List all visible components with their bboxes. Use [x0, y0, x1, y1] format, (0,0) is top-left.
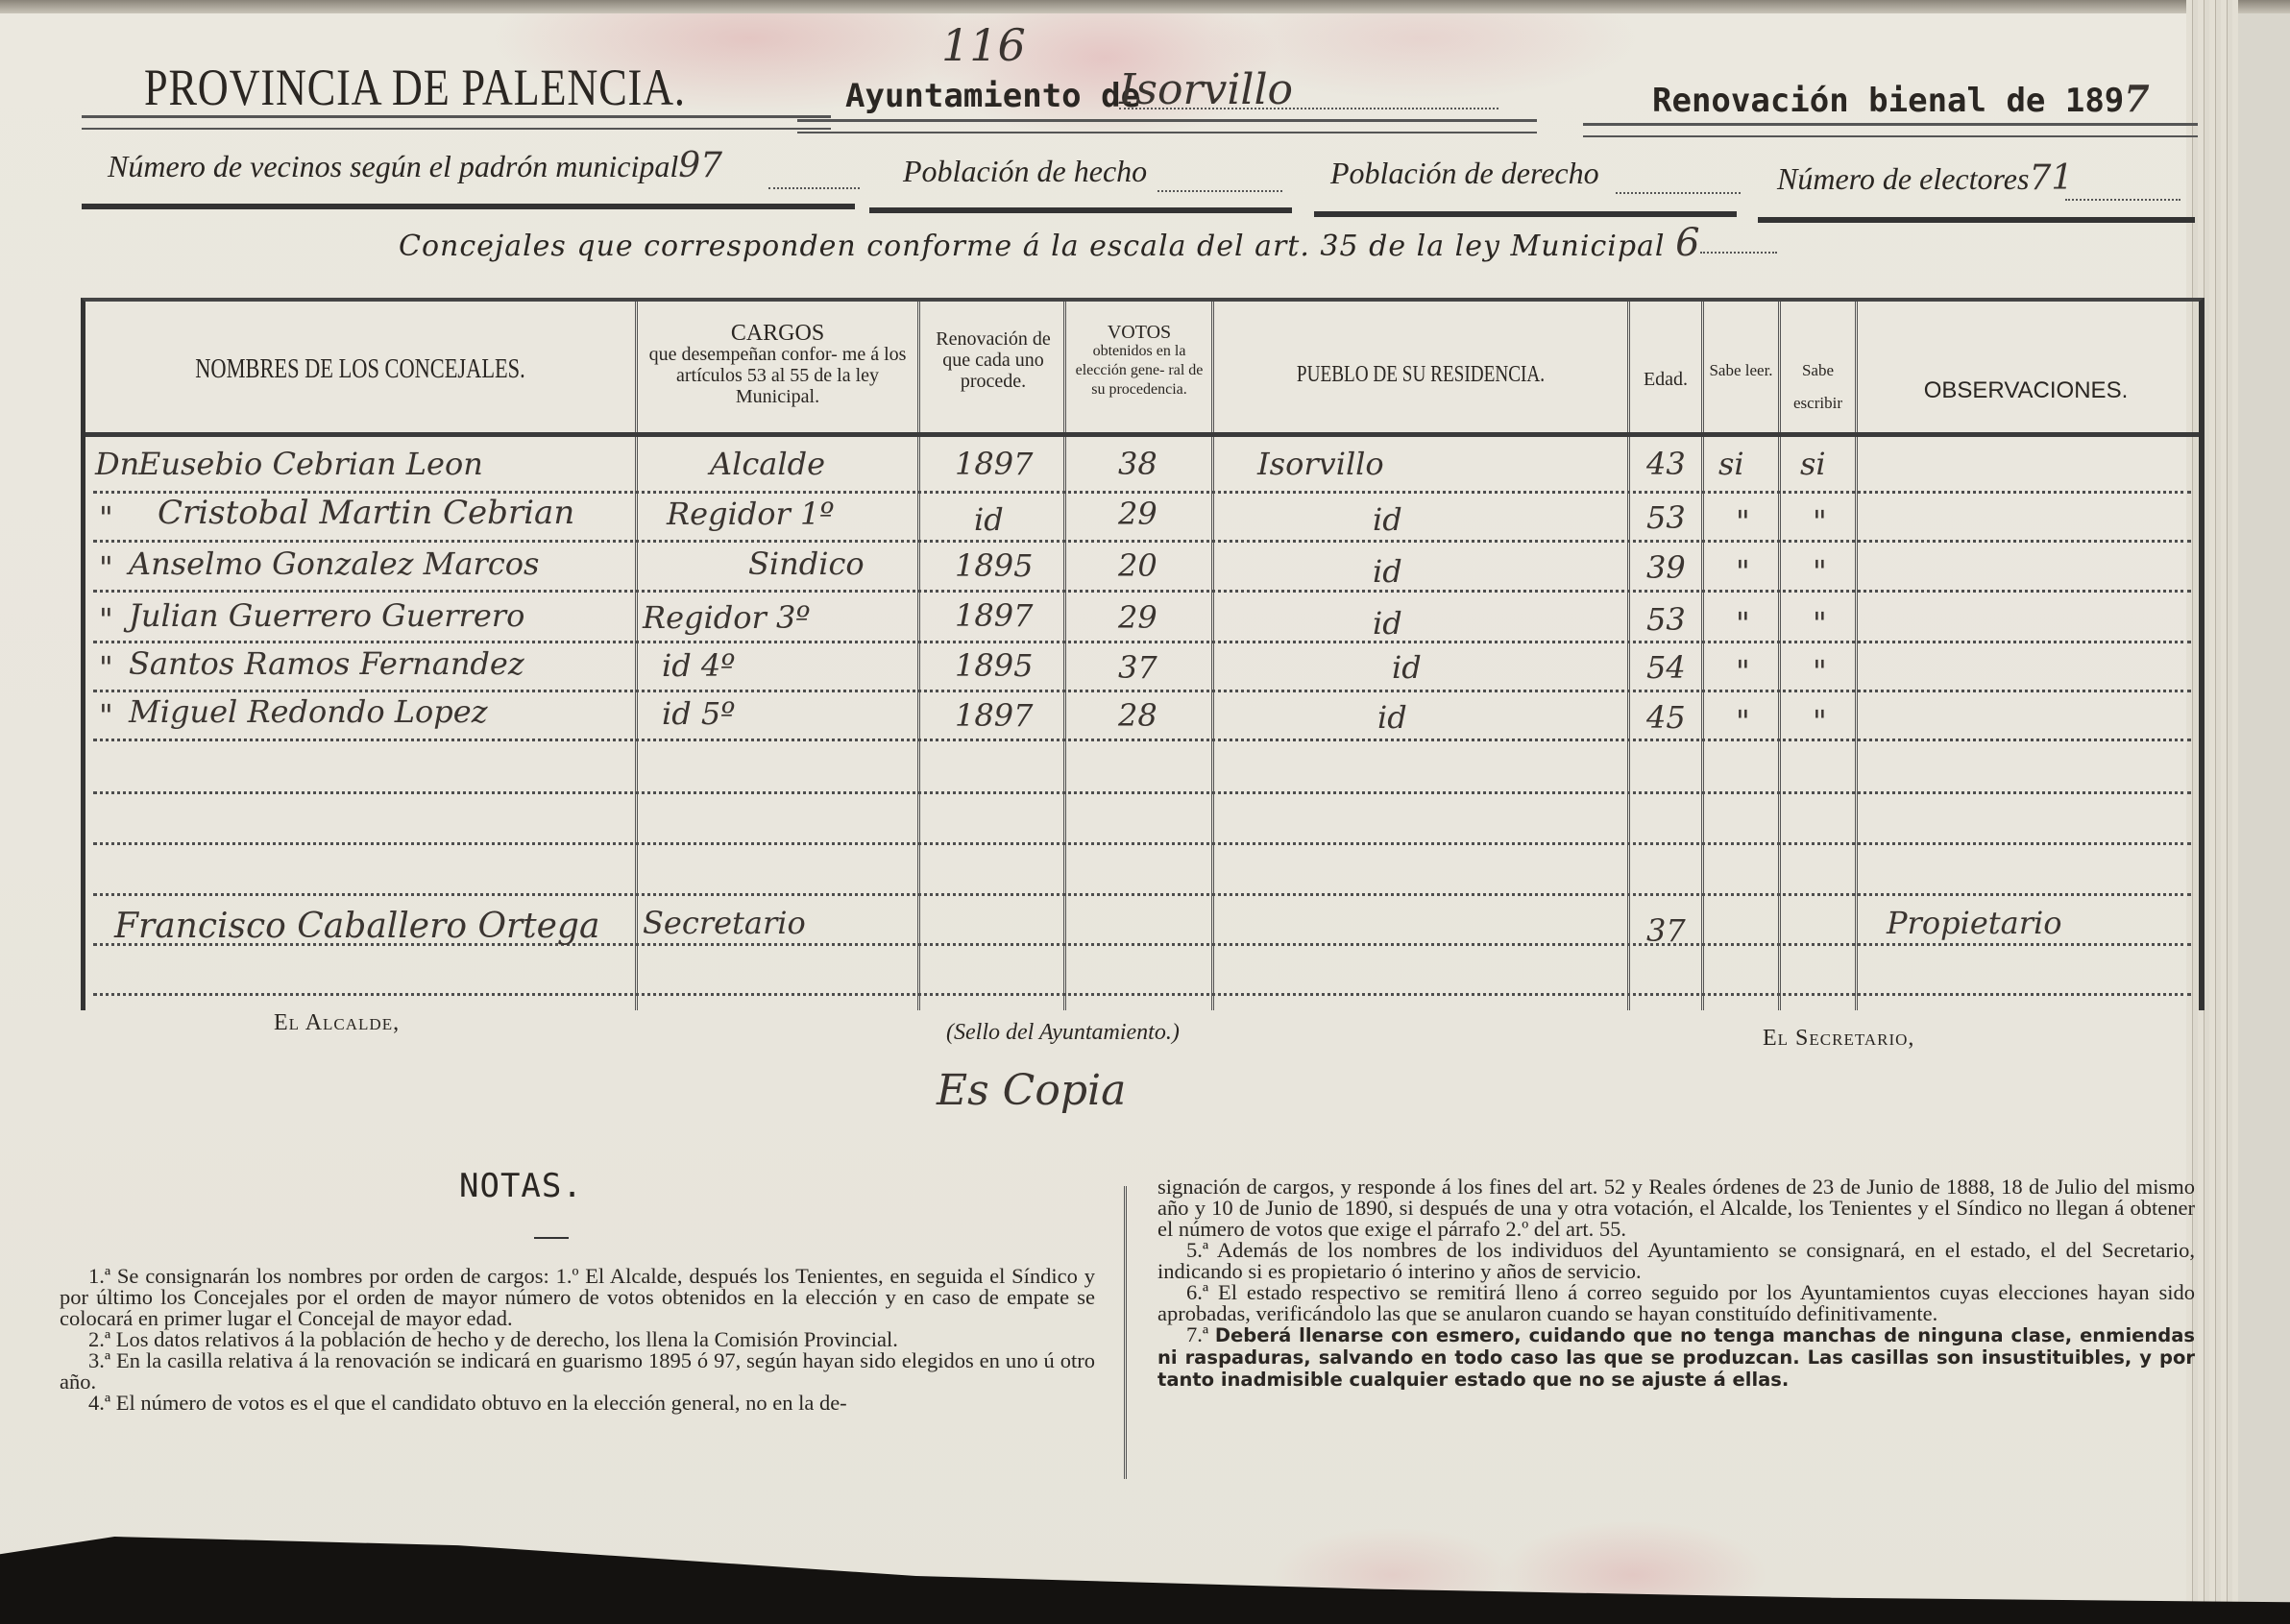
cell-nombre: Anselmo Gonzalez Marcos — [129, 545, 539, 582]
col-divider-cargos — [635, 302, 638, 1010]
poblacion-hecho-label: Población de hecho — [903, 154, 1147, 188]
header-votos: VOTOS obtenidos en la elección gene- ral… — [1067, 323, 1211, 400]
vecinos-dots — [768, 187, 860, 189]
nota-5: 5.ª Además de los nombres de los individ… — [1157, 1240, 2195, 1282]
header-cargos-label: que desempeñan confor- me á los artículo… — [638, 344, 917, 407]
nota-3: 3.ª En la casilla relativa á la renovaci… — [60, 1350, 1095, 1393]
electores-field: Número de electores71 — [1777, 158, 2073, 198]
row-line — [93, 590, 2191, 593]
nota-7-number: 7.ª — [1186, 1322, 1208, 1346]
poblacion-hecho-dots — [1157, 190, 1282, 192]
header-rule-1 — [82, 115, 831, 130]
cell-votos: 20 — [1118, 547, 1157, 584]
cell-renovacion: 1895 — [955, 547, 1033, 584]
cell-escribir: " — [1813, 503, 1827, 540]
cell-observaciones: Propietario — [1887, 905, 2061, 941]
document-page: 116 PROVINCIA DE PALENCIA. Ayuntamiento … — [0, 0, 2238, 1624]
cell-pueblo: Isorvillo — [1257, 446, 1384, 482]
stats-rule-1 — [82, 204, 855, 209]
alcalde-signature-label: El Alcalde, — [274, 1010, 400, 1036]
cell-pueblo: id — [1373, 553, 1402, 590]
header-rule-2 — [797, 119, 1537, 133]
cell-escribir: " — [1813, 703, 1827, 739]
cell-leer: " — [1736, 653, 1750, 690]
col-divider-votos — [1063, 302, 1066, 1010]
cell-edad: 53 — [1646, 499, 1686, 536]
header-cargos: CARGOS que desempeñan confor- me á los a… — [638, 323, 917, 407]
col-divider-pueblo — [1211, 302, 1214, 1010]
nota-4-continued: signación de cargos, y responde á los fi… — [1157, 1176, 2195, 1240]
cell-renovacion: id — [974, 501, 1004, 538]
header-edad-label: Edad. — [1630, 369, 1701, 390]
cell-edad: 37 — [1646, 912, 1686, 949]
cell-cargo: Sindico — [748, 545, 865, 582]
cell-edad: 54 — [1646, 649, 1686, 686]
vecinos-field: Número de vecinos según el padrón munici… — [108, 146, 722, 185]
nota-2: 2.ª Los datos relativos á la población d… — [60, 1329, 1095, 1350]
stats-rule-3 — [1314, 211, 1737, 217]
cell-nombre: Miguel Redondo Lopez — [129, 693, 488, 730]
concejales-table: NOMBRES DE LOS CONCEJALES. CARGOS que de… — [81, 298, 2205, 1010]
notas-right-column: signación de cargos, y responde á los fi… — [1157, 1176, 2195, 1391]
header-pueblo-label: PUEBLO DE SU RESIDENCIA. — [1255, 364, 1586, 385]
row-prefix: " — [99, 549, 113, 586]
header-votos-title: VOTOS — [1067, 323, 1211, 342]
cell-leer: " — [1736, 703, 1750, 739]
row-prefix: " — [99, 601, 113, 638]
renovacion-text: Renovación bienal de 189 — [1652, 82, 2124, 120]
folio-number: 116 — [941, 19, 1026, 71]
row-line — [93, 791, 2191, 794]
header-renovacion: Renovación de que cada uno procede. — [923, 328, 1063, 392]
cell-nombre: Santos Ramos Fernandez — [129, 645, 524, 682]
page-top-edge — [0, 0, 2290, 13]
cell-cargo: Alcalde — [710, 446, 825, 482]
cell-edad: 43 — [1646, 446, 1686, 482]
header-pueblo: PUEBLO DE SU RESIDENCIA. — [1214, 364, 1627, 385]
header-nombres-label: NOMBRES DE LOS CONCEJALES. — [140, 359, 580, 380]
cell-escribir: si — [1800, 446, 1826, 482]
electores-value: 71 — [2029, 158, 2073, 198]
cell-edad: 53 — [1646, 601, 1686, 638]
cell-edad: 39 — [1646, 549, 1686, 586]
cell-leer: " — [1736, 605, 1750, 642]
cell-nombre: Eusebio Cebrian Leon — [138, 446, 483, 482]
col-divider-renovacion — [917, 302, 920, 1010]
row-line — [93, 690, 2191, 692]
vecinos-value: 97 — [678, 146, 722, 185]
ayuntamiento-dots — [1119, 108, 1498, 109]
header-observaciones: OBSERVACIONES. — [1858, 380, 2194, 401]
cell-cargo: id 4º — [662, 647, 735, 684]
cell-escribir: " — [1813, 653, 1827, 690]
electores-label: Número de electores — [1777, 161, 2029, 196]
nota-7: 7.ª Deberá llenarse con esmero, cuidando… — [1157, 1324, 2195, 1391]
concejales-line: Concejales que corresponden conforme á l… — [399, 221, 1701, 265]
cell-nombre: Francisco Caballero Ortega — [114, 907, 599, 946]
nota-6: 6.ª El estado respectivo se remitirá lle… — [1157, 1282, 2195, 1324]
header-cargos-title: CARGOS — [638, 323, 917, 344]
cell-leer: " — [1736, 503, 1750, 540]
header-edad: Edad. — [1630, 369, 1701, 390]
poblacion-derecho-label: Población de derecho — [1330, 156, 1599, 190]
row-line — [93, 540, 2191, 543]
cell-renovacion: 1897 — [955, 597, 1033, 634]
row-prefix: " — [99, 697, 113, 734]
header-escribir-label: Sabe escribir — [1781, 354, 1855, 420]
cell-pueblo: id — [1373, 501, 1402, 538]
cell-cargo: Regidor 3º — [643, 599, 810, 636]
province-title: PROVINCIA DE PALENCIA. — [144, 58, 686, 117]
cell-escribir: " — [1813, 605, 1827, 642]
poblacion-hecho-field: Población de hecho — [903, 154, 1147, 189]
cell-votos: 29 — [1118, 599, 1157, 636]
cell-edad: 45 — [1646, 699, 1686, 736]
row-prefix: Dn — [95, 446, 139, 482]
stats-rule-4 — [1758, 217, 2195, 223]
header-observaciones-label: OBSERVACIONES. — [1858, 380, 2194, 401]
cell-cargo: Secretario — [643, 905, 806, 941]
header-renovacion-label: Renovación de que cada uno procede. — [923, 328, 1063, 392]
poblacion-derecho-field: Población de derecho — [1330, 156, 1599, 191]
row-prefix: " — [99, 649, 113, 686]
header-votos-label: obtenidos en la elección gene- ral de su… — [1067, 342, 1211, 400]
header-leer-label: Sabe leer. — [1704, 354, 1778, 387]
notas-column-divider — [1124, 1186, 1127, 1479]
cell-renovacion: 1897 — [955, 446, 1033, 482]
cell-pueblo: id — [1377, 699, 1407, 736]
cell-leer: " — [1736, 553, 1750, 590]
header-nombres: NOMBRES DE LOS CONCEJALES. — [85, 359, 635, 380]
row-line — [93, 893, 2191, 896]
header-rule-3 — [1583, 123, 2198, 137]
notas-left-column: 1.ª Se consignarán los nombres por orden… — [60, 1266, 1095, 1414]
col-divider-edad — [1627, 302, 1630, 1010]
header-escribir: Sabe escribir — [1781, 354, 1855, 420]
poblacion-derecho-dots — [1616, 192, 1741, 194]
secretario-signature-label: El Secretario, — [1763, 1026, 1914, 1052]
row-line — [93, 641, 2191, 643]
cell-renovacion: 1895 — [955, 647, 1033, 684]
cell-votos: 37 — [1118, 649, 1157, 686]
nota-1: 1.ª Se consignarán los nombres por orden… — [60, 1266, 1095, 1329]
col-divider-observaciones — [1855, 302, 1858, 1010]
cell-pueblo: id — [1392, 649, 1422, 686]
nota-4: 4.ª El número de votos es el que el cand… — [60, 1393, 1095, 1414]
row-line — [93, 993, 2191, 996]
cell-votos: 29 — [1118, 496, 1157, 532]
notas-rule — [534, 1237, 569, 1239]
ayuntamiento-label: Ayuntamiento de — [845, 77, 1140, 115]
cell-nombre: Julian Guerrero Guerrero — [129, 597, 524, 634]
notas-title: NOTAS. — [459, 1167, 583, 1205]
electores-dots — [2065, 199, 2180, 201]
concejales-dots — [1700, 252, 1777, 254]
cell-renovacion: 1897 — [955, 697, 1033, 734]
row-prefix: " — [99, 499, 113, 536]
cell-leer: si — [1718, 446, 1744, 482]
es-copia-annotation: Es Copia — [937, 1066, 1126, 1115]
concejales-label: Concejales que corresponden conforme á l… — [399, 230, 1666, 263]
cell-escribir: " — [1813, 553, 1827, 590]
header-bottom-rule — [85, 432, 2199, 437]
cell-cargo: id 5º — [662, 695, 735, 732]
scan-bottom-shadow — [0, 1537, 2290, 1624]
row-line — [93, 842, 2191, 845]
cell-pueblo: id — [1373, 605, 1402, 642]
row-line — [93, 739, 2191, 741]
concejales-value: 6 — [1675, 221, 1700, 265]
col-divider-leer — [1701, 302, 1704, 1010]
cell-votos: 38 — [1118, 446, 1157, 482]
sello-label: (Sello del Ayuntamiento.) — [946, 1020, 1180, 1046]
renovacion-year-digit: 7 — [2124, 77, 2149, 120]
cell-cargo: Regidor 1º — [667, 496, 834, 532]
cell-votos: 28 — [1118, 697, 1157, 734]
cell-nombre: Cristobal Martin Cebrian — [158, 494, 574, 532]
renovacion-label: Renovación bienal de 1897 — [1652, 77, 2150, 120]
vecinos-label: Número de vecinos según el padrón munici… — [108, 149, 678, 183]
stats-rule-2 — [869, 207, 1292, 213]
header-leer: Sabe leer. — [1704, 354, 1778, 387]
nota-7-bold-text: Deberá llenarse con esmero, cuidando que… — [1157, 1324, 2195, 1391]
